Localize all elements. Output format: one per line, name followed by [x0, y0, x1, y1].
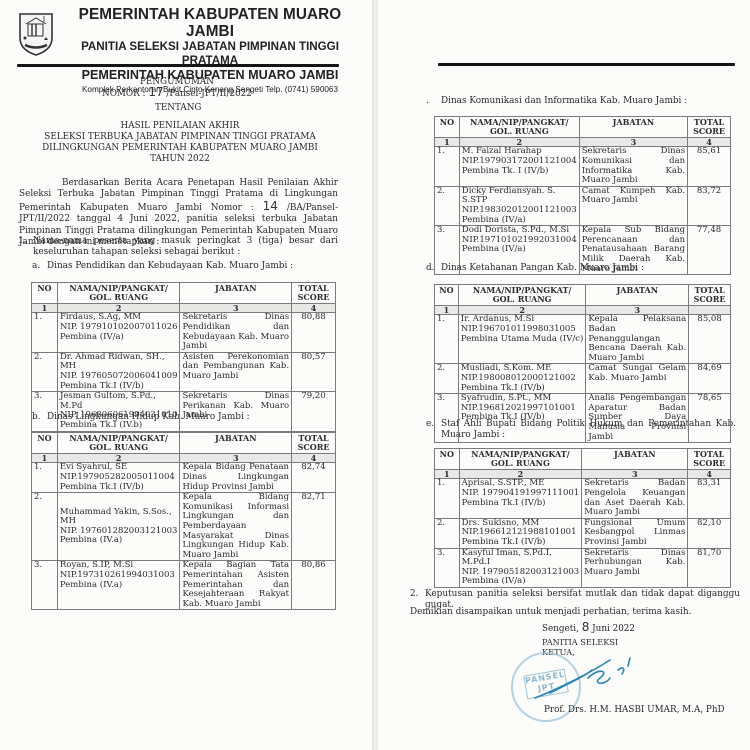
section-letter: .	[426, 96, 429, 107]
row-name-cell: Muhammad Yakin, S.Sos., MHNIP. 197601282…	[57, 493, 180, 561]
section-title: Dinas Komunikasi dan Informatika Kab. Mu…	[426, 96, 736, 107]
row-number: 1.	[435, 147, 460, 186]
point-1: 1. Nama-nama peserta yang masuk peringka…	[18, 236, 338, 259]
page-gutter	[372, 0, 378, 750]
announcement-subject: HASIL PENILAIAN AKHIR SELEKSI TERBUKA JA…	[40, 121, 320, 165]
col-no: NO	[435, 285, 459, 306]
table-header-row: NONAMA/NIP/PANGKAT/ GOL. RUANGJABATANTOT…	[435, 285, 731, 306]
participant-score: 83,31	[688, 479, 731, 518]
table-row: 2.Drs. Sukisno, MMNIP.196612121988101001…	[435, 518, 731, 548]
participant-score: 82,10	[688, 518, 731, 548]
section-c: .Dinas Komunikasi dan Informatika Kab. M…	[426, 96, 736, 107]
section-letter: e.	[426, 419, 434, 430]
participant-position: Kepala Bagian Tata Pemerintahan Asisten …	[180, 561, 292, 610]
col-score: TOTAL SCORE	[292, 283, 336, 304]
point-number: 1.	[18, 236, 26, 247]
signature-date: Sengeti, 8 Juni 2022	[542, 622, 635, 635]
participant-position: Kepala Bidang Penataan Dinas Lingkungan …	[180, 463, 292, 493]
handwritten-signature-icon	[530, 648, 650, 708]
row-number: 1.	[32, 313, 58, 352]
participant-name: Dicky Ferdiansyah. S. S.STP	[462, 187, 577, 206]
table-row: 3.Kasyful Iman, S.Pd.I, M.Pd.INIP. 19790…	[435, 548, 731, 587]
score-table-e: NONAMA/NIP/PANGKAT/ GOL. RUANGJABATANTOT…	[434, 448, 731, 588]
col-name: NAMA/NIP/PANGKAT/ GOL. RUANG	[459, 449, 582, 470]
row-number: 3.	[435, 548, 460, 587]
col-score: TOTAL SCORE	[689, 285, 731, 306]
table-row: 2.Dicky Ferdiansyah. S. S.STPNIP.1983020…	[435, 186, 731, 225]
participant-name: Muhammad Yakin, S.Sos., MH	[60, 508, 178, 527]
participant-position: Analis Pengembangan Aparatur Badan Sumbe…	[586, 394, 689, 443]
score-table-d: NONAMA/NIP/PANGKAT/ GOL. RUANGJABATANTOT…	[434, 284, 731, 443]
participant-rank: Pembina Tk.I (IV/b)	[461, 413, 583, 423]
tentang-label: TENTANG	[155, 103, 215, 114]
participant-score: 80,88	[292, 313, 336, 352]
point-text: Nama-nama peserta yang masuk peringkat 3…	[18, 236, 338, 259]
participant-rank: Pembina Tk.I (IV/b)	[461, 384, 583, 394]
participant-position: Sekretaris Dinas Pendidikan dan Kebudaya…	[180, 313, 292, 352]
participant-rank: Pembina (IV/a)	[462, 216, 577, 226]
signature-month-year: Juni 2022	[592, 624, 635, 634]
col-no: NO	[32, 433, 58, 454]
table-row: 2.Muhammad Yakin, S.Sos., MHNIP. 1976012…	[32, 493, 336, 561]
table-row: 3.Royan, S.IP, M.SiNIP.19731026199403100…	[32, 561, 336, 610]
participant-score: 78,65	[689, 394, 731, 443]
col-name: NAMA/NIP/PANGKAT/ GOL. RUANG	[57, 433, 180, 454]
col-no: NO	[435, 449, 460, 470]
score-table-b: NONAMA/NIP/PANGKAT/ GOL. RUANGJABATANTOT…	[31, 432, 336, 610]
participant-name: Dr. Ahmad Ridwan, SH., MH	[60, 353, 178, 372]
subject-line: DILINGKUNGAN PEMERINTAH KABUPATEN MUARO …	[40, 143, 320, 154]
participant-position: Sekretaris Dinas Perikanan Kab. Muaro Ja…	[180, 392, 292, 431]
subject-line: TAHUN 2022	[40, 154, 320, 165]
row-name-cell: Drs. Sukisno, MMNIP.196612121988101001Pe…	[459, 518, 582, 548]
row-name-cell: Kasyful Iman, S.Pd.I, M.Pd.INIP. 1979051…	[459, 548, 582, 587]
announcement-number: NOMOR : 17 /Pansel-JPT/II/2022	[102, 87, 302, 100]
table-row: 1.Ir. Ardanus, M.SiNIP.19670101199803100…	[435, 315, 731, 364]
participant-score: 79,20	[292, 392, 336, 431]
row-name-cell: Dr. Ahmad Ridwan, SH., MHNIP. 1976050720…	[57, 352, 180, 391]
participant-score: 80,86	[292, 561, 336, 610]
col-score: TOTAL SCORE	[688, 449, 731, 470]
participant-position: Kepala Bidang Komunikasi Informasi Lingk…	[180, 493, 292, 561]
table-row: 1.Aprisal, S.STP., MENIP. 19790419199711…	[435, 479, 731, 518]
subject-line: HASIL PENILAIAN AKHIR	[40, 121, 320, 132]
col-no: NO	[32, 283, 58, 304]
participant-score: 80,57	[292, 352, 336, 391]
score-table-a: NONAMA/NIP/PANGKAT/ GOL. RUANGJABATANTOT…	[31, 282, 336, 432]
letterhead-government: PEMERINTAH KABUPATEN MUARO JAMBI	[60, 6, 360, 40]
row-name-cell: Ir. Ardanus, M.SiNIP.196701011998031005P…	[458, 315, 585, 364]
participant-score: 85,61	[688, 147, 731, 186]
nomor-handwritten: 17	[148, 85, 163, 99]
col-name: NAMA/NIP/PANGKAT/ GOL. RUANG	[459, 117, 579, 138]
row-name-cell: Evi Syahrul, SENIP.197905282005011004Pem…	[57, 463, 180, 493]
table-row: 3.Syafrudin, S.Pt., MMNIP.19681202199710…	[435, 394, 731, 443]
point-number: 2.	[410, 589, 418, 600]
row-number: 2.	[435, 186, 460, 225]
participant-rank: Pembina Tk.I (IV/b)	[60, 483, 178, 493]
col-position: JABATAN	[180, 433, 292, 454]
participant-rank: Pembina (IV.a)	[60, 536, 178, 546]
participant-position: Sekretaris Dinas Komunikasi dan Informat…	[579, 147, 687, 186]
participant-rank: Pembina Tk.I (IV/b)	[462, 499, 580, 509]
regency-coat-of-arms-icon	[17, 10, 55, 56]
col-position: JABATAN	[579, 117, 687, 138]
table-row: 3.Jesman Gultom, S.Pd., M.PdNIP. 1968060…	[32, 392, 336, 431]
row-name-cell: Syafrudin, S.Pt., MMNIP.1968120219971010…	[458, 394, 585, 443]
row-number: 2.	[435, 364, 459, 394]
participant-position: Sekretaris Badan Pengelola Keuangan dan …	[582, 479, 688, 518]
participant-rank: Pembina Tk.I (IV.b)	[60, 421, 178, 431]
row-number: 2.	[32, 352, 58, 391]
participant-position: Camat Kumpeh Kab. Muaro Jambi	[579, 186, 687, 225]
col-position: JABATAN	[586, 285, 689, 306]
row-name-cell: Royan, S.IP, M.SiNIP.197310261994031003P…	[57, 561, 180, 610]
row-number: 1.	[32, 463, 58, 493]
col-position: JABATAN	[582, 449, 688, 470]
section-a: a.Dinas Pendidikan dan Kebudayaan Kab. M…	[32, 261, 332, 272]
participant-position: Camat Sungai Gelam Kab. Muaro Jambi	[586, 364, 689, 394]
participant-score: 85,08	[689, 315, 731, 364]
row-number: 3.	[32, 561, 58, 610]
table-row: 1.Firdaus, S.Ag, MMNIP. 1979101020070110…	[32, 313, 336, 352]
table-row: 3.Dodi Dorista, S.Pd., M.SiNIP.197101021…	[435, 226, 731, 275]
participant-position: Kepala Pelaksana Badan Penanggulangan Be…	[586, 315, 689, 364]
row-name-cell: M. Faizal HarahapNIP.197903172001121004P…	[459, 147, 579, 186]
table-row: 1.M. Faizal HarahapNIP.19790317200112100…	[435, 147, 731, 186]
letterhead-rule-left	[17, 64, 339, 67]
intro-handwritten-number: 14	[263, 199, 278, 213]
table-header-row: NONAMA/NIP/PANGKAT/ GOL. RUANGJABATANTOT…	[32, 433, 336, 454]
col-score: TOTAL SCORE	[292, 433, 336, 454]
participant-name: Kasyful Iman, S.Pd.I, M.Pd.I	[462, 549, 580, 568]
row-number: 2.	[32, 493, 58, 561]
row-number: 2.	[435, 518, 460, 548]
participant-rank: Pembina (IV/a)	[462, 245, 577, 255]
participant-position: Asisten Perekonomian dan Pembangunan Kab…	[180, 352, 292, 391]
section-title: Dinas Pendidikan dan Kebudayaan Kab. Mua…	[32, 261, 332, 272]
section-letter: a.	[32, 261, 40, 272]
col-score: TOTAL SCORE	[688, 117, 731, 138]
participant-score: 82,74	[292, 463, 336, 493]
row-name-cell: Musliadi, S.Kom. MENIP.19800801200012100…	[458, 364, 585, 394]
participant-score: 81,70	[688, 548, 731, 587]
participant-name: Jesman Gultom, S.Pd., M.Pd	[60, 392, 178, 411]
row-number: 3.	[435, 226, 460, 275]
table-header-row: NONAMA/NIP/PANGKAT/ GOL. RUANGJABATANTOT…	[32, 283, 336, 304]
signature-committee: PANITIA SELEKSI	[542, 637, 618, 647]
col-name: NAMA/NIP/PANGKAT/ GOL. RUANG	[458, 285, 585, 306]
participant-score: 82,71	[292, 493, 336, 561]
participant-position: Sekretaris Dinas Perhubungan Kab. Muaro …	[582, 548, 688, 587]
row-number: 3.	[435, 394, 459, 443]
col-no: NO	[435, 117, 460, 138]
participant-rank: Pembina (IV/a)	[60, 333, 178, 343]
participant-rank: Pembina Tk.I (IV/b)	[462, 538, 580, 548]
participant-position: Kepala Sub Bidang Perencanaan dan Penata…	[579, 226, 687, 275]
row-name-cell: Dicky Ferdiansyah. S. S.STPNIP.198302012…	[459, 186, 579, 225]
table-row: 1.Evi Syahrul, SENIP.197905282005011004P…	[32, 463, 336, 493]
table-header-row: NONAMA/NIP/PANGKAT/ GOL. RUANGJABATANTOT…	[435, 449, 731, 470]
participant-rank: Pembina Tk. I (IV/b)	[462, 167, 577, 177]
row-number: 3.	[32, 392, 58, 431]
row-number: 1.	[435, 315, 459, 364]
table-header-row: NONAMA/NIP/PANGKAT/ GOL. RUANGJABATANTOT…	[435, 117, 731, 138]
participant-rank: Pembina Utama Muda (IV/c)	[461, 335, 583, 345]
col-position: JABATAN	[180, 283, 292, 304]
table-row: 2.Musliadi, S.Kom. MENIP.198008012000121…	[435, 364, 731, 394]
col-name: NAMA/NIP/PANGKAT/ GOL. RUANG	[57, 283, 180, 304]
row-number: 1.	[435, 479, 460, 518]
row-name-cell: Dodi Dorista, S.Pd., M.SiNIP.19710102199…	[459, 226, 579, 275]
row-name-cell: Aprisal, S.STP., MENIP. 1979041919971110…	[459, 479, 582, 518]
row-name-cell: Jesman Gultom, S.Pd., M.PdNIP. 196806061…	[57, 392, 180, 431]
participant-score: 77,48	[688, 226, 731, 275]
participant-score: 83,72	[688, 186, 731, 225]
closing-sentence: Demikian disampaikan untuk menjadi perha…	[410, 607, 740, 618]
table-row: 2.Dr. Ahmad Ridwan, SH., MHNIP. 19760507…	[32, 352, 336, 391]
signature-day: 8	[582, 620, 590, 634]
participant-rank: Pembina Tk.I (IV/b)	[60, 382, 178, 392]
nomor-suffix: /Pansel-JPT/II/2022	[166, 89, 251, 99]
letterhead-rule-right	[438, 63, 735, 66]
signer-name: Prof. Drs. H.M. HASBI UMAR, M.A, PhD	[544, 705, 725, 716]
score-table-c: NONAMA/NIP/PANGKAT/ GOL. RUANGJABATANTOT…	[434, 116, 731, 275]
participant-rank: Pembina (IV.a)	[60, 581, 178, 591]
signature-place: Sengeti,	[542, 624, 579, 634]
nomor-label: NOMOR :	[102, 89, 146, 99]
participant-score: 84,69	[689, 364, 731, 394]
participant-rank: Pembina (IV/a)	[462, 577, 580, 587]
subject-line: SELEKSI TERBUKA JABATAN PIMPINAN TINGGI …	[40, 132, 320, 143]
row-name-cell: Firdaus, S.Ag, MMNIP. 197910102007011026…	[57, 313, 180, 352]
participant-position: Fungsional Umum Kesbangpol Linmas Provin…	[582, 518, 688, 548]
